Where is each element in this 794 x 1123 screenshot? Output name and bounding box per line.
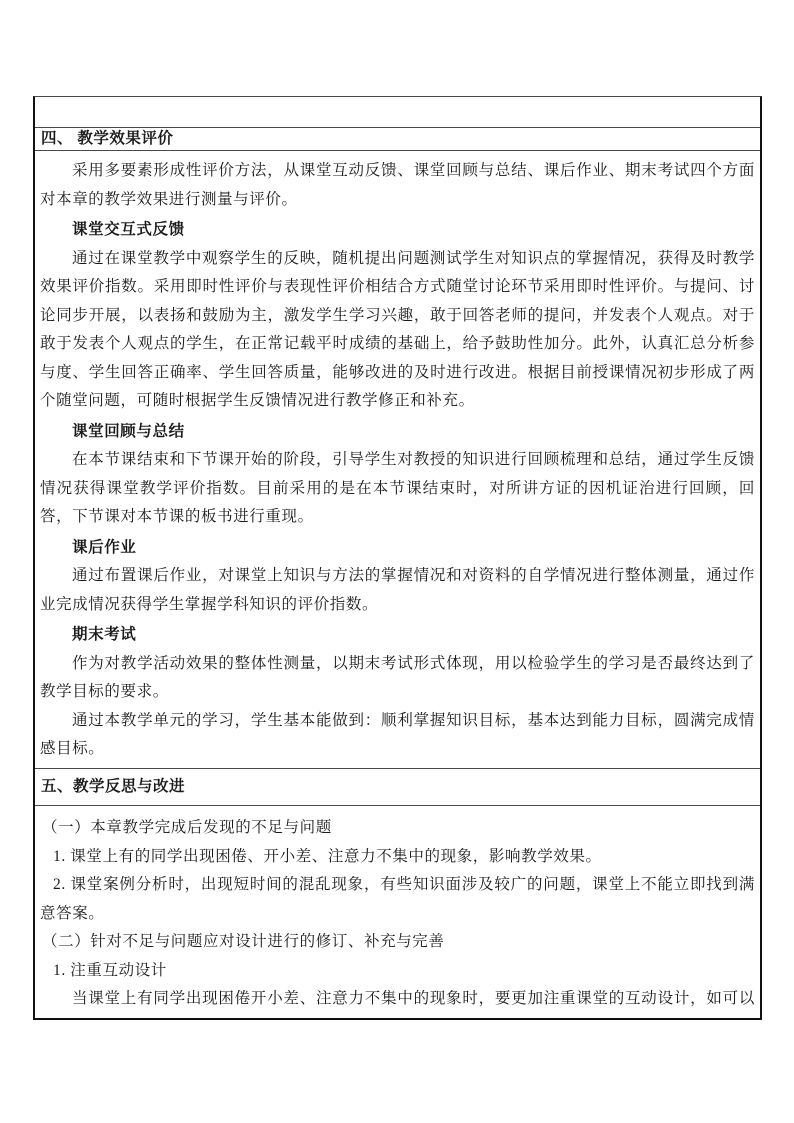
section4-closing-paragraph: 通过本教学单元的学习，学生基本能做到：顺利掌握知识目标，基本达到能力目标，圆满完…	[40, 707, 755, 764]
subsection-title-final-exam: 期末考试	[40, 621, 755, 650]
section5-item-improvement-1: 1. 注重互动设计	[40, 957, 755, 986]
section5-heading: 五、教学反思与改进	[35, 769, 760, 805]
section4-heading: 四、 教学效果评价	[35, 128, 760, 150]
section5-item-improvements-title: （二）针对不足与问题应对设计进行的修订、补充与完善	[40, 928, 755, 957]
subsection-title-homework: 课后作业	[40, 534, 755, 563]
section5-item-problems-title: （一）本章教学完成后发现的不足与问题	[40, 814, 755, 843]
section5-heading-row: 五、教学反思与改进	[35, 769, 760, 806]
section4-heading-row: 四、 教学效果评价	[35, 128, 760, 151]
subsection-body-final-exam: 作为对教学活动效果的整体性测量，以期末考试形式体现，用以检验学生的学习是否最终达…	[40, 650, 755, 707]
subsection-title-classroom-feedback: 课堂交互式反馈	[40, 216, 755, 245]
section5-content-row: （一）本章教学完成后发现的不足与问题 1. 课堂上有的同学出现困倦、开小差、注意…	[35, 806, 760, 1018]
section4-content-row: 采用多要素形成性评价方法，从课堂互动反馈、课堂回顾与总结、课后作业、期末考试四个…	[35, 151, 760, 769]
section4-intro-paragraph: 采用多要素形成性评价方法，从课堂互动反馈、课堂回顾与总结、课后作业、期末考试四个…	[40, 157, 755, 214]
subsection-body-homework: 通过布置课后作业，对课堂上知识与方法的掌握情况和对资料的自学情况进行整体测量，通…	[40, 562, 755, 619]
subsection-body-review-summary: 在本节课结束和下节课开始的阶段，引导学生对教授的知识进行回顾梳理和总结，通过学生…	[40, 446, 755, 532]
section5-item-improvement-detail: 当课堂上有同学出现困倦开小差、注意力不集中的现象时，要更加注重课堂的互动设计，如…	[40, 985, 755, 1018]
subsection-body-classroom-feedback: 通过在课堂教学中观察学生的反映，随机提出问题测试学生对知识点的掌握情况，获得及时…	[40, 245, 755, 416]
section5-item-problem-1: 1. 课堂上有的同学出现困倦、开小差、注意力不集中的现象，影响教学效果。	[40, 843, 755, 872]
section5-item-problem-2: 2. 课堂案例分析时，出现短时间的混乱现象，有些知识面涉及较广的问题，课堂上不能…	[40, 871, 755, 928]
empty-top-row	[35, 97, 760, 128]
lesson-plan-table: 四、 教学效果评价 采用多要素形成性评价方法，从课堂互动反馈、课堂回顾与总结、课…	[33, 96, 762, 1020]
subsection-title-review-summary: 课堂回顾与总结	[40, 418, 755, 447]
